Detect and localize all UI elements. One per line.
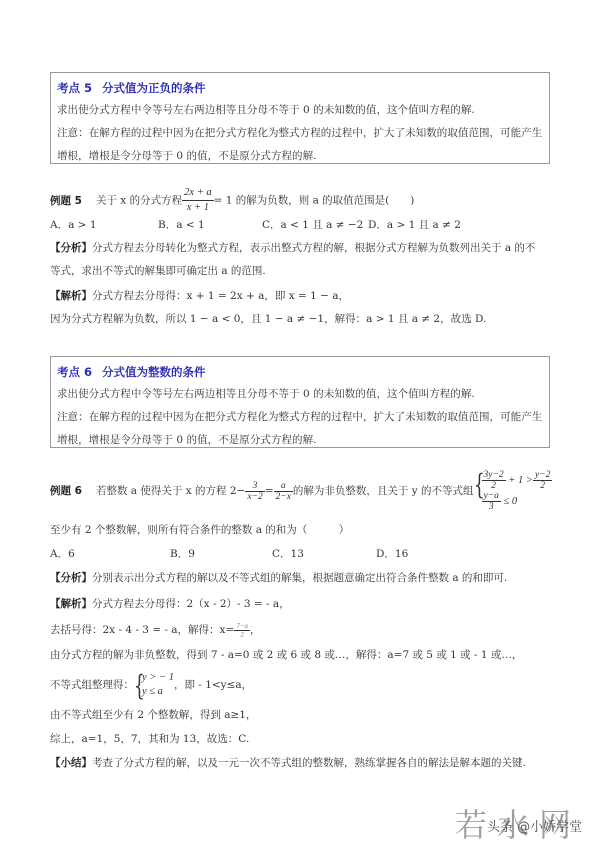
denominator: 2−x [274,492,293,502]
analysis-tag: 【分析】 [50,572,92,584]
key-point-line: 求出使分式方程中令等号左右两边相等且分母不等于 0 的未知数的值，这个值叫方程的… [57,383,543,406]
option-d: D．16 [376,546,408,562]
example-5-analysis: 【分析】分式方程去分母转化为整式方程，表示出整式方程的解，根据分式方程解为负数列… [50,240,535,256]
solution-text: 去括号得：2x - 4 - 3 = - a，解得：x= [50,624,234,636]
system-row-1: y > − 1 [142,671,174,685]
watermark-author: 头条 @小娇学堂 [487,816,582,835]
denominator: 2 [234,631,250,639]
solution-text: ， [250,624,261,636]
fraction: y−22 [533,470,552,491]
option-c: C．13 [272,546,304,562]
denominator: x−2 [245,492,264,502]
example-6-solution-2: 去括号得：2x - 4 - 3 = - a，解得：x=7−a2， [50,619,260,641]
stem-text: 的解为非负整数，且关于 y 的不等式组 [293,485,474,497]
key-point-line: 增根，增根是令分母等于 0 的值，不是原分式方程的解. [57,429,543,452]
example-6-stem: 例题 6若整数 a 使得关于 x 的方程 2−3x−2=a2−x的解为非负整数，… [50,470,552,510]
system-row-1: 3y−22 + 1 >y−22 [482,470,553,491]
numerator: y−2 [533,470,552,481]
summary-text: 考查了分式方程的解，以及一元一次不等式组的整数解，熟练掌握各自的解法是解本题的关… [92,757,526,769]
option-b: B．9 [170,546,195,562]
left-brace-icon: { [134,671,145,699]
denominator: 2 [482,481,506,491]
fraction: 2x + ax + 1 [182,186,214,215]
solution-text: ，即 - 1<y≤a， [174,679,252,691]
key-point-6-title: 考点 6分式值为整数的条件 [57,361,543,383]
numerator: 3y−2 [482,470,506,481]
example-6-analysis: 【分析】分别表示出分式方程的解以及不等式组的解集，根据题意确定出符合条件整数 a… [50,570,507,586]
option-b: B．a < 1 [158,217,205,233]
example-label: 例题 6 [50,485,82,497]
solution-text: 分式方程去分母得：2（x - 2）- 3 = - a， [92,598,290,610]
equals-sign: = [265,485,274,497]
document-page: 考点 5分式值为正负的条件 求出使分式方程中令等号左右两边相等且分母不等于 0 … [0,0,600,849]
analysis-text: 分别表示出分式方程的解以及不等式组的解集，根据题意确定出符合条件整数 a 的和即… [92,572,507,584]
fraction: 3x−2 [245,481,264,502]
analysis-text: 分式方程去分母转化为整式方程，表示出整式方程的解，根据分式方程解为负数列出关于 … [92,242,535,254]
row-text: + 1 > [508,475,533,486]
example-5-solution-cont: 因为分式方程解为负数，所以 1 − a < 0，且 1 − a ≠ −1，解得：… [50,311,486,327]
key-point-5-box: 考点 5分式值为正负的条件 求出使分式方程中令等号左右两边相等且分母不等于 0 … [50,72,550,164]
stem-text: = 1 的解为负数，则 a 的取值范围是( ) [214,195,415,207]
watermark-subtext: ··· [475,840,534,846]
key-point-title-text: 分式值为正负的条件 [102,81,206,95]
option-c: C．a < 1 且 a ≠ −2 [262,217,363,233]
example-5-stem: 例题 5关于 x 的分式方程2x + ax + 1= 1 的解为负数，则 a 的… [50,186,414,214]
key-point-6-box: 考点 6分式值为整数的条件 求出使分式方程中令等号左右两边相等且分母不等于 0 … [50,356,550,448]
left-brace-icon: { [474,470,485,512]
example-label: 例题 5 [50,195,82,207]
option-a: A．6 [50,546,75,562]
key-point-line: 增根，增根是令分母等于 0 的值，不是原分式方程的解. [57,145,543,168]
key-point-line: 注意：在解方程的过程中因为在把分式方程化为整式方程的过程中，扩大了未知数的取值范… [57,406,543,429]
key-point-title-text: 分式值为整数的条件 [102,365,206,379]
system-row-2: y ≤ a [142,685,174,699]
example-6-solution: 【解析】分式方程去分母得：2（x - 2）- 3 = - a， [50,596,290,612]
example-6-solution-3: 由分式方程的解为非负整数，得到 7 - a=0 或 2 或 6 或 8 或…，解… [50,647,522,663]
numerator: 2x + a [182,186,214,201]
example-5-analysis-cont: 等式，求出不等式的解集即可确定出 a 的范围. [50,263,266,279]
denominator: 2 [533,481,552,491]
solution-tag: 【解析】 [50,598,92,610]
key-point-number: 考点 5 [57,81,92,95]
key-point-line: 求出使分式方程中令等号左右两边相等且分母不等于 0 的未知数的值，这个值叫方程的… [57,99,543,122]
solution-text: 不等式组整理得： [50,679,134,691]
row-text: ≤ 0 [504,496,518,507]
inequality-system: {3y−22 + 1 >y−22y−a3 ≤ 0 [474,470,553,512]
numerator: a [274,481,293,492]
option-a: A．a > 1 [50,217,97,233]
option-d: D．a > 1 且 a ≠ 2 [368,217,461,233]
denominator: x + 1 [182,201,214,215]
summary-tag: 【小结】 [50,757,92,769]
solution-text: 分式方程去分母得：x + 1 = 2x + a，即 x = 1 − a， [92,290,349,302]
example-6-summary: 【小结】考查了分式方程的解，以及一元一次不等式组的整数解，熟练掌握各自的解法是解… [50,755,526,771]
numerator: 3 [245,481,264,492]
example-6-solution-6: 综上，a=1，5，7，其和为 13，故选：C. [50,731,249,747]
example-6-stem-cont: 至少有 2 个整数解，则所有符合条件的整数 a 的和为（ ） [50,522,349,538]
key-point-line: 注意：在解方程的过程中因为在把分式方程化为整式方程的过程中，扩大了未知数的取值范… [57,122,543,145]
stem-text: 若整数 a 使得关于 x 的方程 2− [96,485,245,497]
fraction: 7−a2 [234,622,250,639]
fraction: a2−x [274,481,293,502]
example-6-solution-5: 由不等式组至少有 2 个整数解，得到 a≥1， [50,707,256,723]
key-point-number: 考点 6 [57,365,92,379]
stem-text: 关于 x 的分式方程 [96,195,182,207]
watermark: 若水网 头条 @小娇学堂 ··· [455,800,595,845]
numerator: 7−a [234,622,250,631]
key-point-5-title: 考点 5分式值为正负的条件 [57,77,543,99]
fraction: 3y−22 [482,470,506,491]
inequality-system: {y > − 1y ≤ a [134,671,174,699]
solution-tag: 【解析】 [50,290,92,302]
example-6-solution-4: 不等式组整理得：{y > − 1y ≤ a，即 - 1<y≤a， [50,670,252,700]
example-5-solution: 【解析】分式方程去分母得：x + 1 = 2x + a，即 x = 1 − a， [50,288,349,304]
analysis-tag: 【分析】 [50,242,92,254]
system-row-2: y−a3 ≤ 0 [482,491,553,512]
